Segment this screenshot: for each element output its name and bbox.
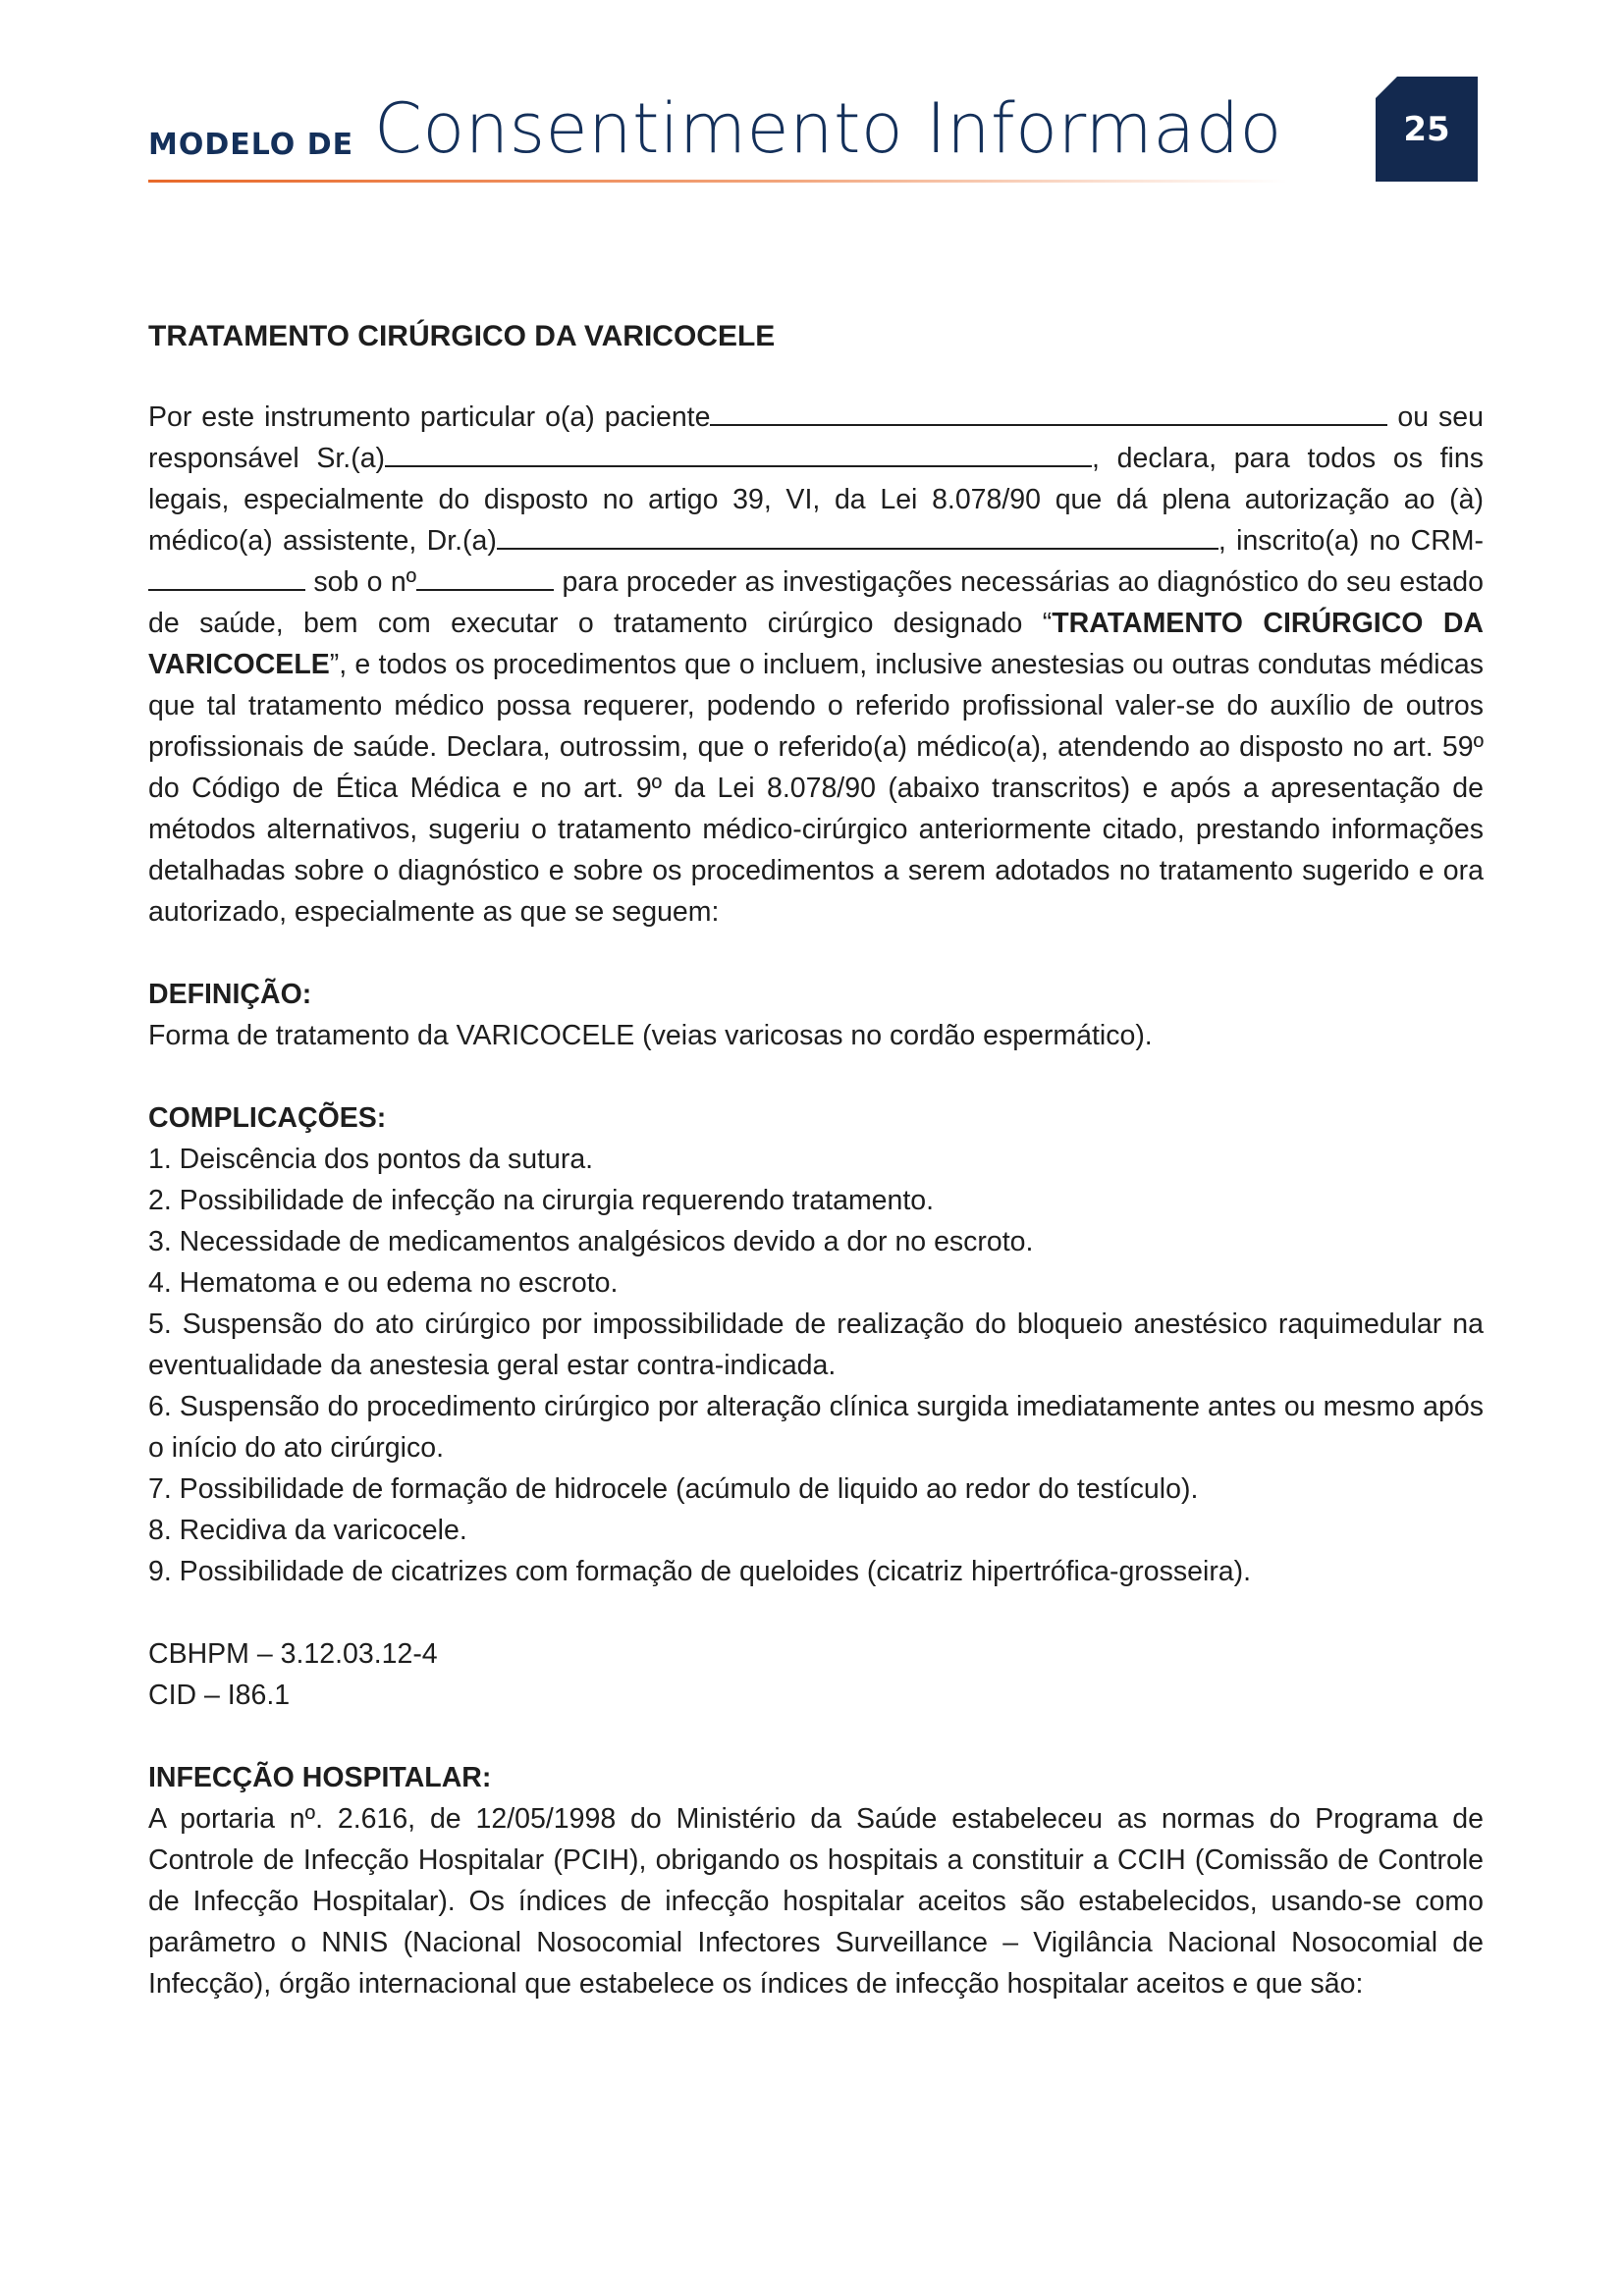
brand-title: Consentimento Informado (374, 88, 1282, 169)
doctor-name-field[interactable] (497, 520, 1218, 550)
cbhpm-code: CBHPM – 3.12.03.12-4 (148, 1633, 1484, 1675)
page-number: 25 (1403, 110, 1449, 149)
intro-text: , inscrito(a) no CRM- (1218, 525, 1484, 557)
cid-code: CID – I86.1 (148, 1675, 1484, 1716)
intro-text: Por este instrumento particular o(a) pac… (148, 401, 710, 433)
complications-heading: COMPLICAÇÕES: (148, 1097, 1484, 1139)
guardian-name-field[interactable] (385, 438, 1092, 467)
list-item: 9. Possibilidade de cicatrizes com forma… (148, 1551, 1484, 1592)
page-header: MODELO DE Consentimento Informado 25 (148, 77, 1484, 185)
intro-text: sob o nº (313, 566, 416, 598)
infection-heading: INFECÇÃO HOSPITALAR: (148, 1757, 1484, 1798)
crm-state-field[interactable] (148, 561, 305, 591)
list-item: 4. Hematoma e ou edema no escroto. (148, 1262, 1484, 1304)
list-item: 6. Suspensão do procedimento cirúrgico p… (148, 1386, 1484, 1468)
document-title: TRATAMENTO CIRÚRGICO DA VARICOCELE (148, 316, 1484, 357)
crm-number-field[interactable] (416, 561, 554, 591)
page-number-badge: 25 (1376, 77, 1478, 182)
patient-name-field[interactable] (710, 397, 1387, 426)
definition-heading: DEFINIÇÃO: (148, 974, 1484, 1015)
list-item: 8. Recidiva da varicocele. (148, 1510, 1484, 1551)
complications-list: 1. Deiscência dos pontos da sutura. 2. P… (148, 1139, 1484, 1592)
list-item: 1. Deiscência dos pontos da sutura. (148, 1139, 1484, 1180)
list-item: 7. Possibilidade de formação de hidrocel… (148, 1468, 1484, 1510)
infection-text: A portaria nº. 2.616, de 12/05/1998 do M… (148, 1798, 1484, 2004)
list-item: 3. Necessidade de medicamentos analgésic… (148, 1221, 1484, 1262)
definition-text: Forma de tratamento da VARICOCELE (veias… (148, 1015, 1484, 1056)
list-item: 2. Possibilidade de infecção na cirurgia… (148, 1180, 1484, 1221)
header-divider (148, 180, 1287, 183)
brand-prefix: MODELO DE (148, 128, 353, 162)
consent-paragraph: Por este instrumento particular o(a) pac… (148, 397, 1484, 933)
list-item: 5. Suspensão do ato cirúrgico por imposs… (148, 1304, 1484, 1386)
intro-text: ”, e todos os procedimentos que o inclue… (148, 649, 1484, 928)
document-body: TRATAMENTO CIRÚRGICO DA VARICOCELE Por e… (148, 316, 1484, 2004)
